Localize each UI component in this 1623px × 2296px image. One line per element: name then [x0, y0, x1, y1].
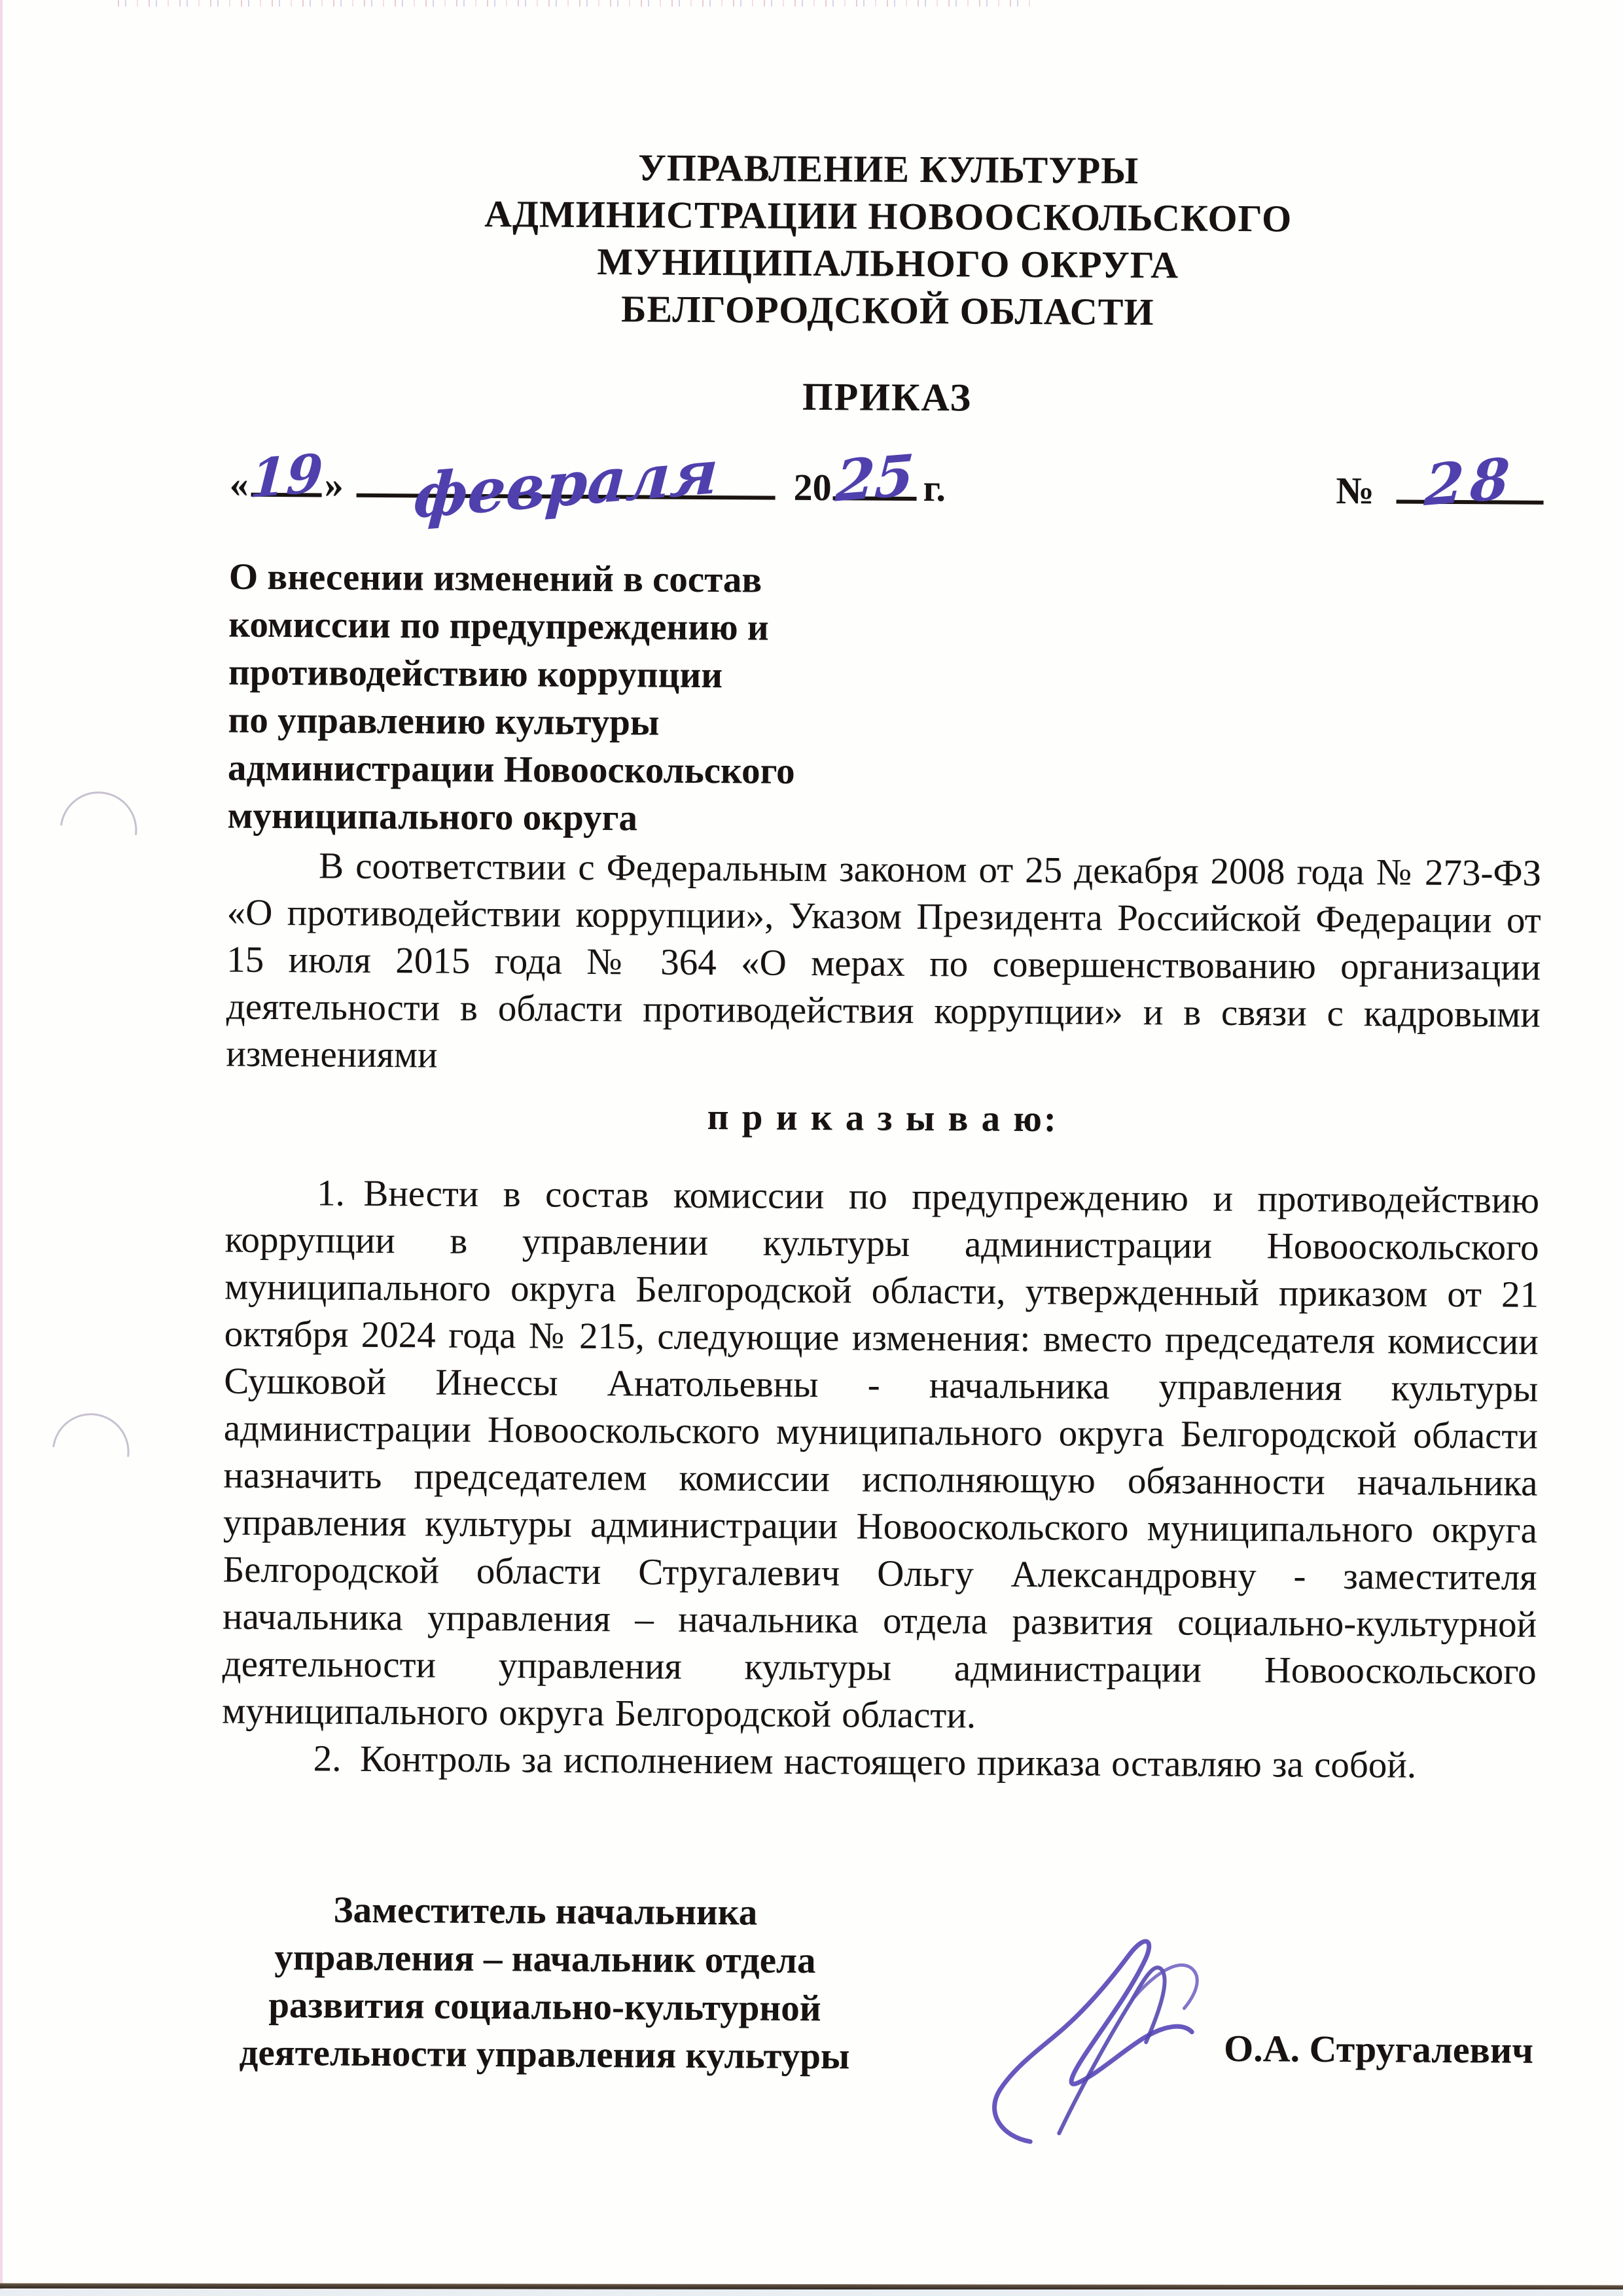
order-word: п р и к а з ы в а ю:	[226, 1091, 1540, 1146]
date-year-word: г.	[923, 466, 946, 510]
subject-line-1: О внесении изменений в состав	[229, 553, 982, 605]
order-number-field: № 28	[1336, 457, 1544, 514]
signatory-position-line-3: развития социально-культурной	[224, 1981, 865, 2033]
item-2-paragraph: 2. Контроль за исполнением настоящего пр…	[222, 1735, 1536, 1790]
handwritten-number: 28	[1423, 450, 1517, 514]
subject-line-4: по управлению культуры	[228, 696, 980, 749]
date-open-quote: «	[229, 462, 248, 506]
signatory-position-line-1: Заместитель начальника	[224, 1886, 866, 1937]
date-field: « 19 » февраля 20 25 г.	[229, 451, 946, 511]
scan-edge-artifact-left	[0, 0, 3, 2296]
intro-paragraph: В соответствии с Федеральным законом от …	[226, 842, 1541, 1086]
org-name-line-2: АДМИНИСТРАЦИИ НОВООСКОЛЬСКОГО	[231, 189, 1545, 244]
handwritten-day: 19	[249, 446, 325, 505]
document-body: В соответствии с Федеральным законом от …	[222, 842, 1542, 1790]
date-month-underline: февраля	[357, 452, 776, 500]
scan-margin-below-bottom-edge	[0, 2289, 1623, 2296]
handwritten-year: 25	[834, 447, 916, 510]
item-1-paragraph: 1. Внести в состав комиссии по предупреж…	[222, 1170, 1539, 1743]
date-year-underline: 25	[833, 454, 917, 501]
signatory-name: О.А. Стругалевич	[1224, 2026, 1533, 2072]
number-underline: 28	[1397, 457, 1544, 504]
org-name-line-4: БЕЛГОРОДСКОЙ ОБЛАСТИ	[230, 283, 1544, 338]
subject-line-2: комиссии по предупреждению и	[228, 601, 981, 653]
signatory-position-line-4: деятельности управления культуры	[224, 2029, 865, 2081]
handwritten-month: февраля	[412, 441, 720, 527]
date-year-prefix: 20	[793, 465, 831, 509]
number-label: №	[1336, 469, 1374, 512]
signatory-position-block: Заместитель начальника управления – нача…	[224, 1886, 866, 2081]
date-and-number-row: « 19 » февраля 20 25 г. № 28	[229, 451, 1544, 531]
document-type-title: ПРИКАЗ	[230, 371, 1544, 424]
subject-line-5: администрации Новооскольского	[228, 744, 980, 797]
signature-ink-scribble	[966, 1916, 1249, 2160]
scanned-order-document: УПРАВЛЕНИЕ КУЛЬТУРЫ АДМИНИСТРАЦИИ НОВООС…	[0, 0, 1623, 2296]
org-name-line-3: МУНИЦИПАЛЬНОГО ОКРУГА	[231, 236, 1545, 291]
subject-block: О внесении изменений в состав комиссии п…	[227, 553, 982, 844]
punch-hole-shadow-top	[45, 776, 153, 885]
signatory-position-line-2: управления – начальник отдела	[224, 1933, 866, 1985]
subject-line-3: противодействию коррупции	[228, 649, 981, 701]
scan-noise-artifact-top	[118, 0, 1034, 7]
date-day-underline: 19	[251, 451, 322, 497]
punch-hole-shadow-bottom	[37, 1398, 145, 1507]
subject-line-6: муниципального округа	[227, 792, 980, 844]
date-close-quote: »	[324, 462, 343, 506]
org-name-line-1: УПРАВЛЕНИЕ КУЛЬТУРЫ	[231, 142, 1545, 197]
organization-header: УПРАВЛЕНИЕ КУЛЬТУРЫ АДМИНИСТРАЦИИ НОВООС…	[230, 142, 1546, 338]
